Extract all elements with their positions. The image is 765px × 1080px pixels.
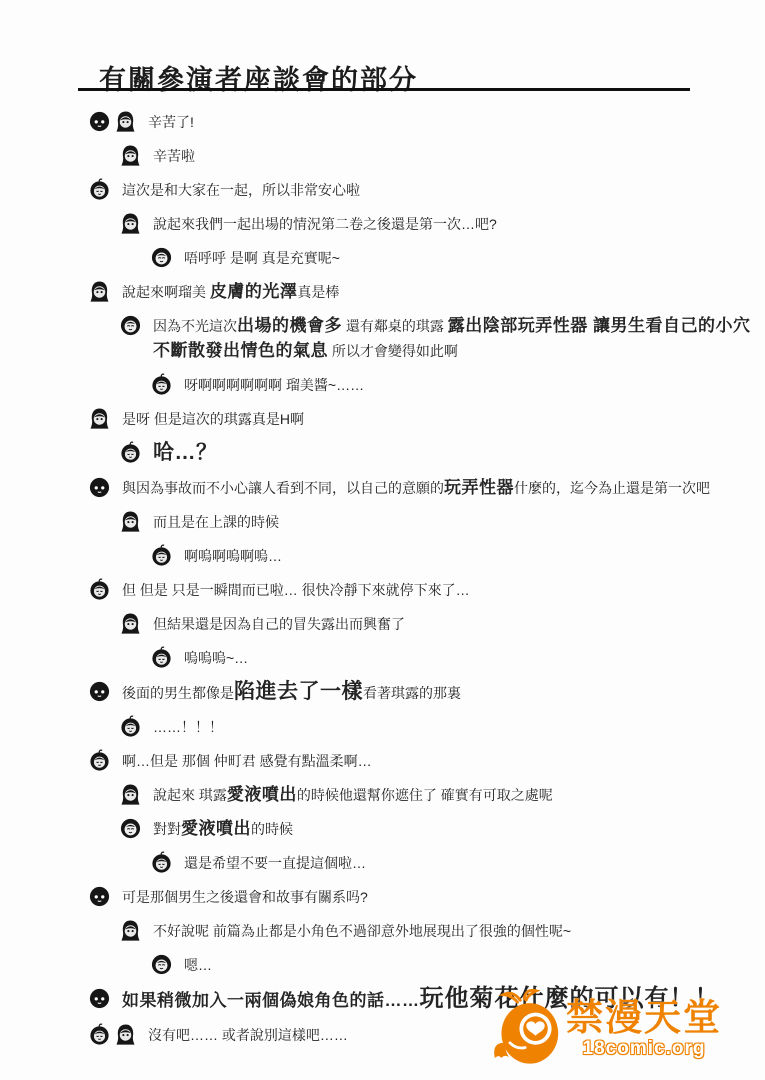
avatar-girl-ahoge-icon bbox=[119, 715, 142, 738]
message-segment: 看著琪露的那裏 bbox=[363, 685, 461, 701]
message-segment: 說起來啊瑠美 bbox=[122, 284, 210, 300]
message-row: 哈…？ bbox=[88, 441, 759, 467]
avatar-girl-smile-icon bbox=[150, 246, 173, 269]
message-text: 不好說呢 前篇為止都是小角色不過卻意外地展現出了很強的個性呢~ bbox=[153, 919, 571, 944]
message-text: 還是希望不要一直提這個啦… bbox=[184, 851, 366, 876]
conversation: 辛苦了!辛苦啦這次是和大家在一起，所以非常安心啦說起來我們一起出場的情況第二卷之… bbox=[88, 110, 759, 1057]
message-segment: 後面的男生都像是 bbox=[122, 685, 234, 701]
message-segment: 愛液噴出 bbox=[181, 819, 251, 838]
message-row: 但結果還是因為自己的冒失露出而興奮了 bbox=[88, 612, 759, 637]
message-segment: 辛苦啦 bbox=[153, 148, 195, 164]
message-segment: 還有鄰桌的琪露 bbox=[342, 318, 448, 334]
message-row: 呀啊啊啊啊啊啊 瑠美醬~…… bbox=[88, 373, 759, 398]
message-text: 因為不光這次出場的機會多 還有鄰桌的琪露 露出陰部玩弄性器 讓男生看自己的小穴 … bbox=[153, 314, 759, 364]
message-text: 這次是和大家在一起，所以非常安心啦 bbox=[122, 178, 360, 203]
message-segment: 但結果還是因為自己的冒失露出而興奮了 bbox=[153, 616, 405, 632]
message-text: 唔呼呼 是啊 真是充實呢~ bbox=[184, 246, 340, 271]
message-segment: 啊…但是 那個 仲町君 感覺有點溫柔啊… bbox=[122, 753, 372, 769]
avatar-girl-smile-icon bbox=[119, 314, 142, 337]
avatar-girl-bob-icon bbox=[88, 110, 111, 133]
avatar-girl-long-icon bbox=[119, 919, 142, 942]
page-title: 有關參演者座談會的部分 bbox=[99, 58, 418, 97]
watermark: 禁漫天堂 18comic.org bbox=[492, 988, 722, 1070]
avatar-girl-ahoge-icon bbox=[150, 851, 173, 874]
message-text: 呀啊啊啊啊啊啊 瑠美醬~…… bbox=[184, 373, 364, 398]
avatar-girl-long-icon bbox=[114, 110, 137, 133]
message-text: 嗚嗚嗚~… bbox=[184, 646, 248, 671]
message-row: 對對愛液噴出的時候 bbox=[88, 817, 759, 842]
message-row: 但 但是 只是一瞬間而已啦… 很快冷靜下來就停下來了… bbox=[88, 578, 759, 603]
avatar-girl-ahoge-icon bbox=[88, 578, 111, 601]
avatar-girl-ahoge-icon bbox=[88, 178, 111, 201]
message-row: 與因為事故而不小心讓人看到不同，以自己的意願的玩弄性器什麼的，迄今為止還是第一次… bbox=[88, 476, 759, 501]
message-text: 但結果還是因為自己的冒失露出而興奮了 bbox=[153, 612, 405, 637]
message-row: 辛苦啦 bbox=[88, 144, 759, 169]
avatar-girl-ahoge-icon bbox=[88, 1023, 111, 1046]
message-text: 啊…但是 那個 仲町君 感覺有點溫柔啊… bbox=[122, 749, 372, 774]
message-text: 對對愛液噴出的時候 bbox=[153, 817, 293, 842]
message-text: 與因為事故而不小心讓人看到不同，以自己的意願的玩弄性器什麼的，迄今為止還是第一次… bbox=[122, 476, 710, 501]
avatar-girl-ahoge-icon bbox=[150, 373, 173, 396]
message-segment: 不好說呢 前篇為止都是小角色不過卻意外地展現出了很強的個性呢~ bbox=[153, 923, 571, 939]
message-segment: 啊嗚啊嗚啊嗚… bbox=[184, 548, 282, 564]
message-segment: ……！！！ bbox=[153, 719, 223, 735]
message-segment: 對對 bbox=[153, 821, 181, 837]
avatar-girl-ahoge-icon bbox=[88, 749, 111, 772]
message-segment: 沒有吧…… 或者說別這樣吧…… bbox=[148, 1027, 348, 1043]
avatar-girl-bob-icon bbox=[88, 885, 111, 908]
message-row: 說起來啊瑠美 皮膚的光澤真是棒 bbox=[88, 280, 759, 305]
avatar-girl-bob-icon bbox=[88, 680, 111, 703]
message-row: 啊嗚啊嗚啊嗚… bbox=[88, 544, 759, 569]
message-segment: 玩弄性器 bbox=[444, 478, 514, 497]
avatar-girl-long-icon bbox=[88, 407, 111, 430]
message-row: 是呀 但是這次的琪露真是H啊 bbox=[88, 407, 759, 432]
message-segment: 的時候 bbox=[251, 821, 293, 837]
message-row: 說起來 琪露愛液噴出的時候他還幫你遮住了 確實有可取之處呢 bbox=[88, 783, 759, 808]
message-segment: 什麼的，迄今為止還是第一次吧 bbox=[514, 480, 710, 496]
message-segment: 是呀 但是這次的琪露真是H啊 bbox=[122, 411, 304, 427]
message-segment: 而且是在上課的時候 bbox=[153, 514, 279, 530]
message-row: 這次是和大家在一起，所以非常安心啦 bbox=[88, 178, 759, 203]
message-segment: 呀啊啊啊啊啊啊 瑠美醬~…… bbox=[184, 377, 364, 393]
message-segment: 唔呼呼 是啊 真是充實呢~ bbox=[184, 250, 340, 266]
message-segment: 出場的機會多 bbox=[237, 316, 342, 335]
message-text: 可是那個男生之後還會和故事有關系吗? bbox=[122, 885, 368, 910]
message-segment: 可是那個男生之後還會和故事有關系吗? bbox=[122, 889, 368, 905]
message-text: 而且是在上課的時候 bbox=[153, 510, 279, 535]
message-segment: 陷進去了一樣 bbox=[234, 680, 363, 703]
message-segment: 說起來我們一起出場的情況第二卷之後還是第一次…吧? bbox=[153, 216, 497, 232]
message-row: 而且是在上課的時候 bbox=[88, 510, 759, 535]
message-segment: 嗯… bbox=[184, 957, 212, 973]
avatar-girl-ahoge-icon bbox=[119, 441, 142, 464]
message-segment: 因為不光這次 bbox=[153, 318, 237, 334]
message-segment: 這次是和大家在一起，所以非常安心啦 bbox=[122, 182, 360, 198]
avatar-girl-long-icon bbox=[119, 612, 142, 635]
comic-talk-page: 有關參演者座談會的部分 辛苦了!辛苦啦這次是和大家在一起，所以非常安心啦說起來我… bbox=[0, 0, 765, 1080]
message-segment: 皮膚的光澤 bbox=[210, 282, 298, 301]
message-row: 因為不光這次出場的機會多 還有鄰桌的琪露 露出陰部玩弄性器 讓男生看自己的小穴 … bbox=[88, 314, 759, 364]
title-divider bbox=[78, 88, 690, 91]
message-row: 嗚嗚嗚~… bbox=[88, 646, 759, 671]
avatar-girl-long-icon bbox=[114, 1023, 137, 1046]
message-text: 後面的男生都像是陷進去了一樣看著琪露的那裏 bbox=[122, 680, 461, 706]
message-segment: 辛苦了! bbox=[148, 114, 194, 130]
message-row: 唔呼呼 是啊 真是充實呢~ bbox=[88, 246, 759, 271]
avatar-girl-long-icon bbox=[119, 212, 142, 235]
message-row: ……！！！ bbox=[88, 715, 759, 740]
watermark-site-name: 禁漫天堂 bbox=[566, 998, 722, 1039]
orange-whale-mascot-icon bbox=[492, 988, 562, 1070]
avatar-girl-bob-icon bbox=[88, 987, 111, 1010]
message-segment: 與因為事故而不小心讓人看到不同，以自己的意願的 bbox=[122, 480, 444, 496]
message-row: 後面的男生都像是陷進去了一樣看著琪露的那裏 bbox=[88, 680, 759, 706]
message-row: 辛苦了! bbox=[88, 110, 759, 135]
watermark-text: 禁漫天堂 18comic.org bbox=[566, 998, 722, 1061]
message-text: 辛苦啦 bbox=[153, 144, 195, 169]
message-text: 是呀 但是這次的琪露真是H啊 bbox=[122, 407, 304, 432]
avatar-girl-ahoge-icon bbox=[150, 646, 173, 669]
avatar-girl-bob-icon bbox=[88, 476, 111, 499]
message-row: 可是那個男生之後還會和故事有關系吗? bbox=[88, 885, 759, 910]
message-segment: 哈…？ bbox=[153, 441, 218, 464]
message-segment: 愛液噴出 bbox=[227, 785, 297, 804]
message-segment: 嗚嗚嗚~… bbox=[184, 650, 248, 666]
message-row: 說起來我們一起出場的情況第二卷之後還是第一次…吧? bbox=[88, 212, 759, 237]
avatar-girl-long-icon bbox=[119, 510, 142, 533]
message-segment: 的時候他還幫你遮住了 確實有可取之處呢 bbox=[297, 787, 553, 803]
message-segment: 真是棒 bbox=[297, 284, 339, 300]
message-row: 嗯… bbox=[88, 953, 759, 978]
avatar-girl-smile-icon bbox=[119, 817, 142, 840]
message-segment: 但 但是 只是一瞬間而已啦… 很快冷靜下來就停下來了… bbox=[122, 582, 470, 598]
avatar-girl-long-icon bbox=[119, 783, 142, 806]
message-segment: 如果稍微加入一兩個偽娘角色的話…… bbox=[122, 991, 420, 1010]
message-segment: 還是希望不要一直提這個啦… bbox=[184, 855, 366, 871]
message-segment: 說起來 琪露 bbox=[153, 787, 227, 803]
message-text: 哈…？ bbox=[153, 441, 218, 467]
message-text: ……！！！ bbox=[153, 715, 223, 740]
avatar-girl-long-icon bbox=[119, 144, 142, 167]
avatar-girl-smile-icon bbox=[150, 953, 173, 976]
message-text: 說起來啊瑠美 皮膚的光澤真是棒 bbox=[122, 280, 339, 305]
message-text: 沒有吧…… 或者說別這樣吧…… bbox=[148, 1023, 348, 1048]
message-text: 啊嗚啊嗚啊嗚… bbox=[184, 544, 282, 569]
message-row: 還是希望不要一直提這個啦… bbox=[88, 851, 759, 876]
message-row: 啊…但是 那個 仲町君 感覺有點溫柔啊… bbox=[88, 749, 759, 774]
avatar-girl-long-icon bbox=[88, 280, 111, 303]
avatar-girl-ahoge-icon bbox=[150, 544, 173, 567]
message-text: 說起來我們一起出場的情況第二卷之後還是第一次…吧? bbox=[153, 212, 497, 237]
message-row: 不好說呢 前篇為止都是小角色不過卻意外地展現出了很強的個性呢~ bbox=[88, 919, 759, 944]
message-text: 嗯… bbox=[184, 953, 212, 978]
message-text: 說起來 琪露愛液噴出的時候他還幫你遮住了 確實有可取之處呢 bbox=[153, 783, 553, 808]
message-text: 辛苦了! bbox=[148, 110, 194, 135]
watermark-site-url: 18comic.org bbox=[583, 1038, 706, 1060]
message-text: 但 但是 只是一瞬間而已啦… 很快冷靜下來就停下來了… bbox=[122, 578, 470, 603]
message-segment: 所以才會變得如此啊 bbox=[328, 343, 458, 359]
